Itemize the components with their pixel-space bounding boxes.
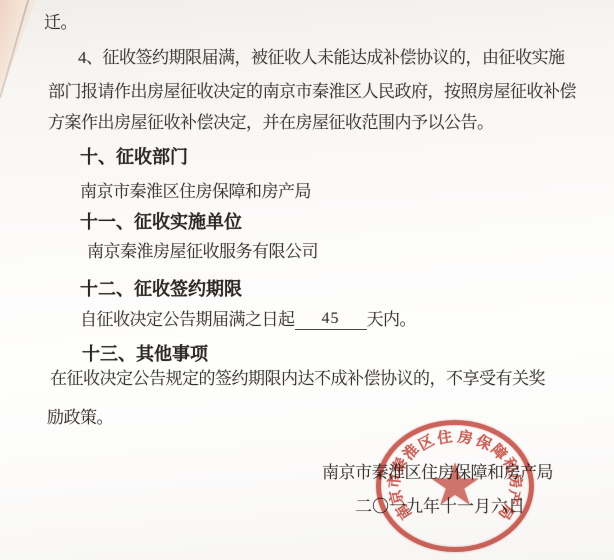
official-seal: ★ 南京市秦淮区住房保障和房产局 xyxy=(376,420,534,552)
carryover-line: 迁。 xyxy=(44,12,77,33)
clause4-line-3: 方案作出房屋征收补偿决定，并在房屋征收范围内予以公告。 xyxy=(48,112,494,133)
section-heading-10: 十、征收部门 xyxy=(80,146,188,169)
signature-date: 二〇一九年十一月六日 xyxy=(355,496,525,517)
section-body-13-line-2: 励政策。 xyxy=(47,407,113,428)
section-body-11: 南京秦淮房屋征收服务有限公司 xyxy=(87,241,318,262)
signing-deadline-prefix: 自征收决定公告期届满之日起 xyxy=(80,310,295,329)
seal-ring xyxy=(376,420,534,552)
section-body-10: 南京市秦淮区住房保障和房产局 xyxy=(80,181,311,202)
section-heading-13: 十三、其他事项 xyxy=(82,343,208,366)
clause4-line-2: 部门报请作出房屋征收决定的南京市秦淮区人民政府，按照房屋征收补偿 xyxy=(48,81,576,102)
section-heading-12: 十二、征收签约期限 xyxy=(80,278,242,301)
signature-organization: 南京市秦淮区住房保障和房产局 xyxy=(322,462,553,483)
section-body-13-line-1: 在征收决定公告规定的签约期限内达不成补偿协议的，不享受有关奖 xyxy=(50,368,545,389)
section-heading-11: 十一、征收实施单位 xyxy=(80,211,242,234)
clause4-line-1: 4、征收签约期限届满，被征收人未能达成补偿协议的，由征收实施 xyxy=(78,47,565,68)
signing-deadline-blank-value: 45 xyxy=(295,309,367,330)
scanned-document-page: 迁。 4、征收签约期限届满，被征收人未能达成补偿协议的，由征收实施 部门报请作出… xyxy=(0,0,614,560)
signing-deadline-suffix: 天内。 xyxy=(367,310,417,329)
section-body-12: 自征收决定公告期届满之日起45天内。 xyxy=(80,309,416,330)
